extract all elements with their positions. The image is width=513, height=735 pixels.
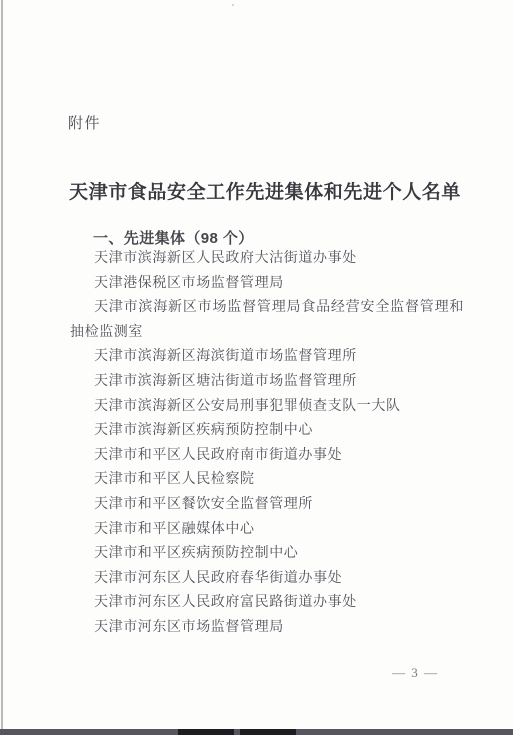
organization-list-item: 天津市和平区融媒体中心: [70, 518, 464, 543]
organization-list-item: 天津市和平区人民检察院: [70, 468, 464, 493]
organization-list-item: 天津市河东区市场监督管理局: [70, 616, 464, 641]
scan-bottom-band: [0, 729, 513, 735]
organization-list-item: 天津市滨海新区公安局刑事犯罪侦查支队一大队: [70, 395, 464, 420]
organization-list-item: 天津市河东区人民政府春华街道办事处: [70, 567, 464, 592]
page-number: — 3 —: [392, 665, 439, 681]
organization-list: 天津市滨海新区人民政府大沽街道办事处 天津港保税区市场监督管理局 天津市滨海新区…: [70, 247, 464, 641]
section-heading: 一、先进集体（98 个）: [93, 227, 254, 248]
organization-list-item: 天津市滨海新区疾病预防控制中心: [70, 419, 464, 444]
organization-list-item: 天津市和平区疾病预防控制中心: [70, 542, 464, 567]
scan-band-dark-segment: [240, 729, 296, 735]
organization-list-item: 天津市和平区人民政府南市街道办事处: [70, 444, 464, 469]
document-title: 天津市食品安全工作先进集体和先进个人名单: [69, 177, 469, 204]
organization-list-item: 天津市滨海新区海滨街道市场监督管理所: [70, 345, 464, 370]
scan-band-dark-segment: [178, 729, 234, 735]
organization-list-item: 天津市河东区人民政府富民路街道办事处: [70, 591, 464, 616]
scan-artifact-dot: [232, 4, 234, 6]
organization-list-item: 天津港保税区市场监督管理局: [70, 272, 464, 297]
organization-list-item: 天津市滨海新区人民政府大沽街道办事处: [70, 247, 464, 272]
attachment-label: 附件: [68, 112, 101, 133]
organization-list-item: 天津市和平区餐饮安全监督管理所: [70, 493, 464, 518]
organization-list-item: 天津市滨海新区塘沽街道市场监督管理所: [70, 370, 464, 395]
organization-list-item: 天津市滨海新区市场监督管理局食品经营安全监督管理和抽检监测室: [70, 296, 464, 345]
scan-edge-line: [1, 0, 3, 735]
